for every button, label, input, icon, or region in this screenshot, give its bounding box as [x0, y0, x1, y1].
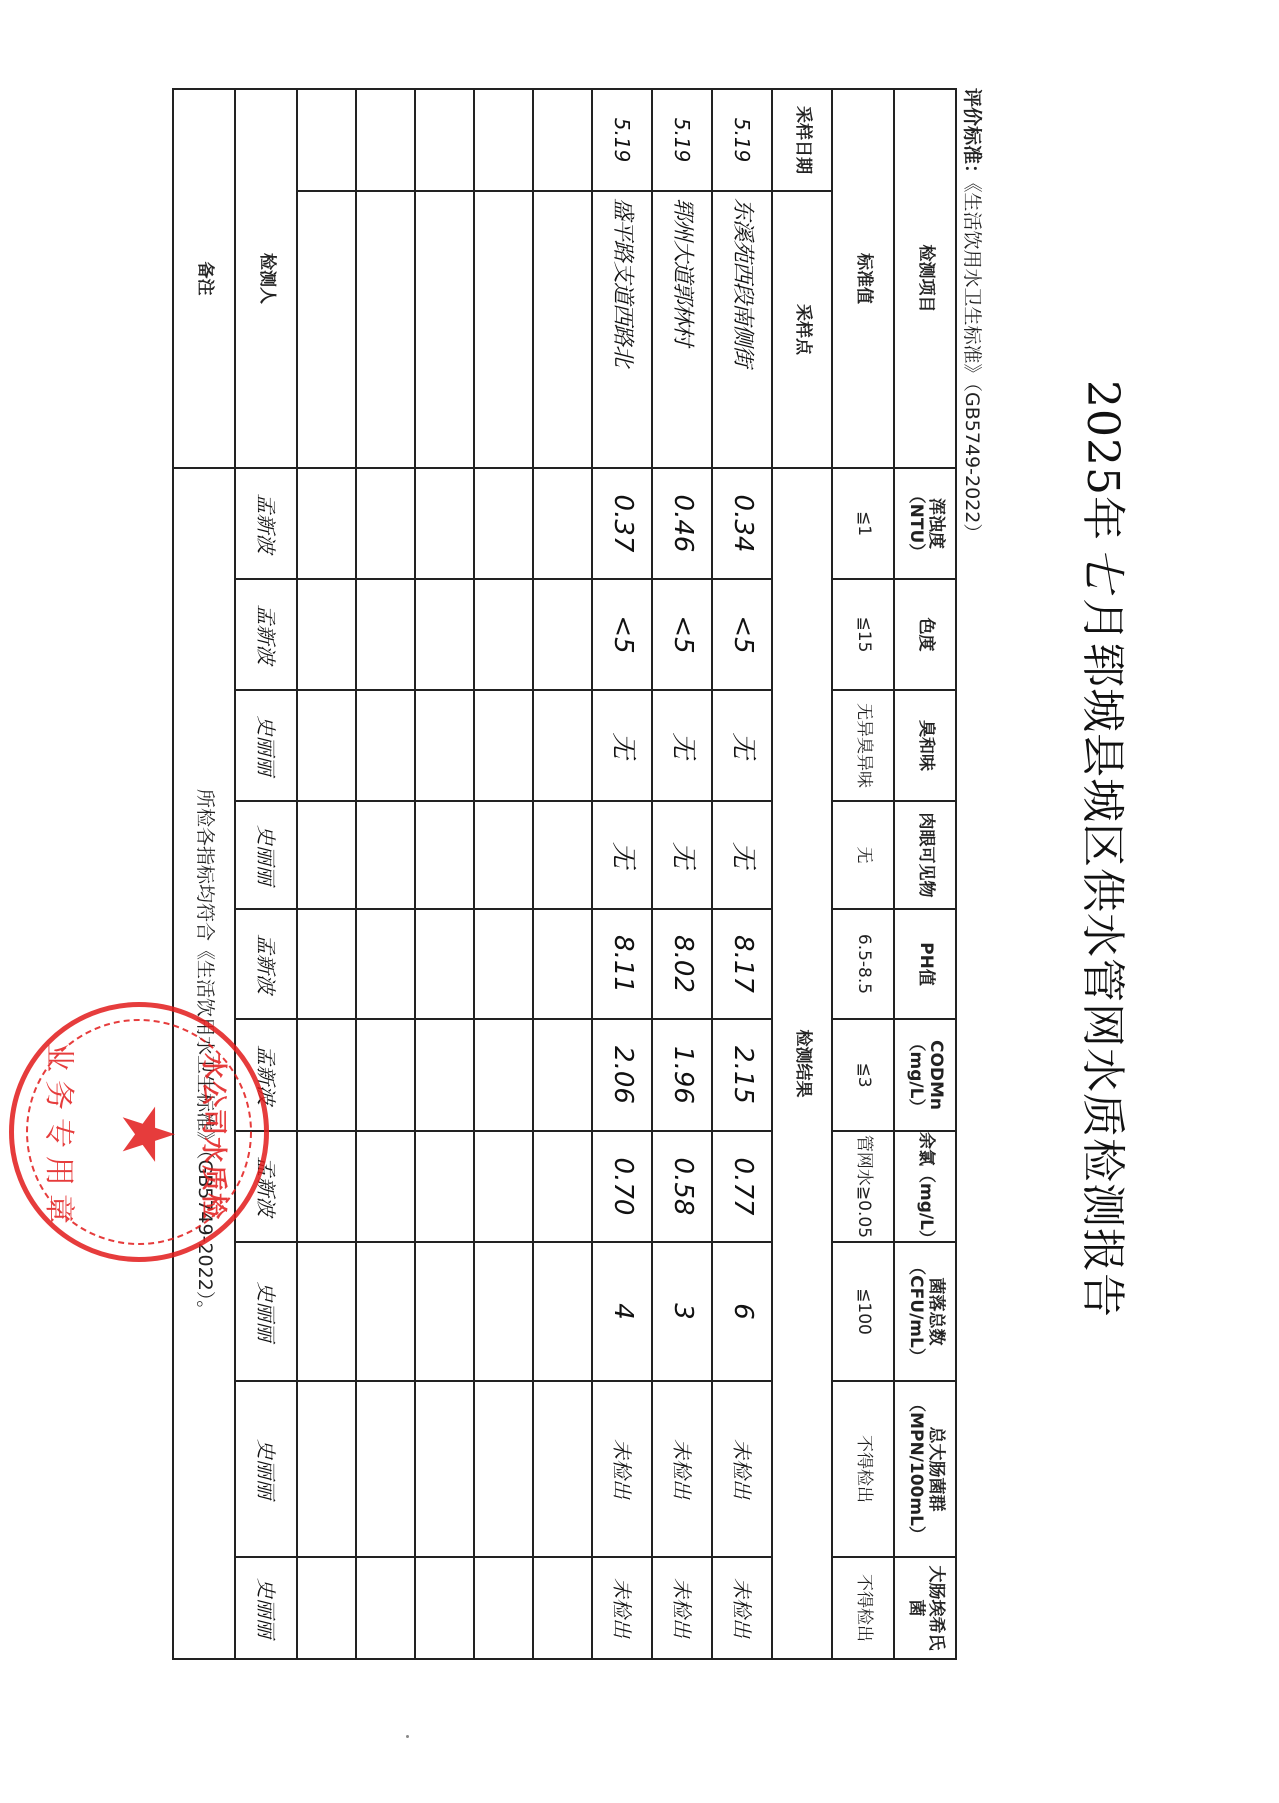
empty-cell [297, 468, 356, 579]
column-header: 浑浊度（NTU） [894, 468, 956, 579]
empty-cell [533, 801, 592, 909]
empty-cell [297, 579, 356, 690]
empty-cell [297, 1019, 356, 1131]
empty-cell [533, 1557, 592, 1659]
inspector-signature: 史丽丽 [235, 1381, 297, 1557]
empty-cell [533, 1019, 592, 1131]
header-point-label: 采样点 [772, 191, 832, 468]
header-item-label: 检测项目 [894, 89, 956, 468]
column-header: 臭和味 [894, 690, 956, 801]
empty-cell [533, 579, 592, 690]
sample-date-cell: 5.19 [712, 89, 772, 191]
header-row-sampling: 采样日期采样点检测结果 [772, 89, 832, 1659]
result-cell: 无 [652, 690, 712, 801]
report-page: 2025年七月郓城县城区供水管网水质检测报告 评价标准：《生活饮用水卫生标准》（… [0, 0, 1279, 1803]
standard-value-cell: ≦100 [832, 1242, 894, 1381]
standard-value-cell: 管网水≧0.05 [832, 1131, 894, 1242]
result-cell: 0.37 [592, 468, 652, 579]
inspector-signature: 孟新波 [235, 579, 297, 690]
empty-row [533, 89, 592, 1659]
empty-cell [415, 1242, 474, 1381]
empty-cell [297, 1557, 356, 1659]
remarks-row: 备注所检各指标均符合《生活饮用水卫生标准》（GB5749-2022）。 [173, 89, 235, 1659]
sample-date-cell: 5.19 [592, 89, 652, 191]
empty-cell [297, 801, 356, 909]
header-standard-label: 标准值 [832, 89, 894, 468]
result-cell: 4 [592, 1242, 652, 1381]
result-cell: 未检出 [592, 1381, 652, 1557]
remarks-label: 备注 [173, 89, 235, 468]
empty-cell [415, 1131, 474, 1242]
result-cell: 8.17 [712, 909, 772, 1019]
inspector-signature: 孟新波 [235, 468, 297, 579]
header-row-items: 检测项目浑浊度（NTU）色度臭和味肉眼可见物PH值CODMn（mg/L）余氯（m… [894, 89, 956, 1659]
standard-value-cell: 不得检出 [832, 1557, 894, 1659]
empty-row [356, 89, 415, 1659]
sample-point-cell: 盛平路支道西路北 [592, 191, 652, 468]
scan-speck [406, 1735, 409, 1738]
empty-cell [297, 1131, 356, 1242]
column-header: 余氯（mg/L） [894, 1131, 956, 1242]
empty-cell [533, 1242, 592, 1381]
empty-cell [474, 690, 533, 801]
empty-cell [415, 690, 474, 801]
inspector-signature: 孟新波 [235, 909, 297, 1019]
empty-cell [356, 89, 415, 191]
result-cell: 8.02 [652, 909, 712, 1019]
empty-cell [415, 909, 474, 1019]
header-results-label: 检测结果 [772, 468, 832, 1659]
result-cell: 0.58 [652, 1131, 712, 1242]
title-suffix: 月郓城县城区供水管网水质检测报告 [1077, 598, 1128, 1318]
column-header: 肉眼可见物 [894, 801, 956, 909]
empty-cell [474, 1131, 533, 1242]
empty-cell [297, 909, 356, 1019]
standard-value-cell: ≦1 [832, 468, 894, 579]
result-cell: 0.46 [652, 468, 712, 579]
result-cell: <5 [652, 579, 712, 690]
report-title: 2025年七月郓城县城区供水管网水质检测报告 [1075, 380, 1139, 1300]
column-header: PH值 [894, 909, 956, 1019]
evaluation-standard: 评价标准：《生活饮用水卫生标准》（GB5749-2022） [960, 88, 987, 542]
empty-cell [356, 909, 415, 1019]
header-date-label: 采样日期 [772, 89, 832, 191]
empty-cell [356, 579, 415, 690]
empty-row [415, 89, 474, 1659]
standard-value: 《生活饮用水卫生标准》（GB5749-2022） [961, 183, 983, 542]
column-header: 菌落总数（CFU/mL） [894, 1242, 956, 1381]
standard-value-cell: 不得检出 [832, 1381, 894, 1557]
result-cell: 未检出 [592, 1557, 652, 1659]
result-cell: 未检出 [652, 1381, 712, 1557]
empty-cell [533, 909, 592, 1019]
standard-value-cell: 6.5-8.5 [832, 909, 894, 1019]
empty-cell [356, 1557, 415, 1659]
empty-cell [533, 89, 592, 191]
empty-cell [356, 1019, 415, 1131]
empty-cell [474, 801, 533, 909]
standard-value-cell: ≦3 [832, 1019, 894, 1131]
column-header: 色度 [894, 579, 956, 690]
seal-bottom-text: 业务专用章 [40, 1017, 84, 1257]
empty-cell [474, 89, 533, 191]
empty-cell [356, 468, 415, 579]
result-cell: 0.34 [712, 468, 772, 579]
column-header: CODMn（mg/L） [894, 1019, 956, 1131]
result-cell: 无 [592, 801, 652, 909]
result-cell: 2.06 [592, 1019, 652, 1131]
inspector-signature: 史丽丽 [235, 690, 297, 801]
empty-cell [415, 579, 474, 690]
water-quality-table: 检测项目浑浊度（NTU）色度臭和味肉眼可见物PH值CODMn（mg/L）余氯（m… [172, 88, 957, 1660]
empty-cell [415, 468, 474, 579]
table-row: 5.19盛平路支道西路北0.37<5无无8.112.060.704未检出未检出 [592, 89, 652, 1659]
sample-point-cell: 郓州大道郭林村 [652, 191, 712, 468]
sample-date-cell: 5.19 [652, 89, 712, 191]
standard-label: 评价标准： [961, 88, 983, 183]
empty-row [474, 89, 533, 1659]
result-cell: 3 [652, 1242, 712, 1381]
result-cell: 无 [712, 690, 772, 801]
table-row: 5.19东溪苑西段南侧街0.34<5无无8.172.150.776未检出未检出 [712, 89, 772, 1659]
result-cell: 无 [652, 801, 712, 909]
empty-cell [474, 468, 533, 579]
result-cell: 6 [712, 1242, 772, 1381]
standard-value-cell: ≦15 [832, 579, 894, 690]
empty-cell [356, 690, 415, 801]
empty-cell [297, 690, 356, 801]
empty-cell [356, 1131, 415, 1242]
result-cell: 0.77 [712, 1131, 772, 1242]
empty-cell [474, 1242, 533, 1381]
empty-cell [356, 801, 415, 909]
empty-cell [533, 690, 592, 801]
header-row-standards: 标准值≦1≦15无异臭异味无6.5-8.5≦3管网水≧0.05≦100不得检出不… [832, 89, 894, 1659]
empty-cell [356, 1242, 415, 1381]
empty-cell [474, 1381, 533, 1557]
inspector-signature: 史丽丽 [235, 1557, 297, 1659]
standard-value-cell: 无 [832, 801, 894, 909]
empty-cell [533, 1381, 592, 1557]
empty-cell [356, 191, 415, 468]
result-cell: 无 [592, 690, 652, 801]
empty-cell [415, 801, 474, 909]
standard-value-cell: 无异臭异味 [832, 690, 894, 801]
empty-cell [474, 909, 533, 1019]
star-icon: ★ [112, 1102, 184, 1167]
title-month-handwritten: 七 [1075, 547, 1139, 592]
empty-cell [297, 191, 356, 468]
empty-cell [356, 1381, 415, 1557]
empty-cell [474, 1019, 533, 1131]
result-cell: 2.15 [712, 1019, 772, 1131]
result-cell: 未检出 [712, 1381, 772, 1557]
column-header: 大肠埃希氏菌 [894, 1557, 956, 1659]
result-cell: 未检出 [652, 1557, 712, 1659]
result-cell: 0.70 [592, 1131, 652, 1242]
inspector-row: 检测人孟新波孟新波史丽丽史丽丽孟新波孟新波孟新波史丽丽史丽丽史丽丽 [235, 89, 297, 1659]
empty-cell [415, 1557, 474, 1659]
title-year: 2025年 [1077, 380, 1128, 541]
column-header: 总大肠菌群（MPN/100mL） [894, 1381, 956, 1557]
result-cell: 未检出 [712, 1557, 772, 1659]
inspector-label: 检测人 [235, 89, 297, 468]
empty-cell [533, 1131, 592, 1242]
inspector-signature: 史丽丽 [235, 1242, 297, 1381]
result-cell: 无 [712, 801, 772, 909]
official-seal: 水公司水质检 ★ 业务专用章 [9, 1002, 269, 1262]
empty-cell [415, 89, 474, 191]
empty-cell [533, 468, 592, 579]
result-cell: <5 [592, 579, 652, 690]
empty-cell [415, 1381, 474, 1557]
empty-cell [474, 1557, 533, 1659]
result-cell: 8.11 [592, 909, 652, 1019]
sample-point-cell: 东溪苑西段南侧街 [712, 191, 772, 468]
empty-cell [474, 191, 533, 468]
table-row: 5.19郓州大道郭林村0.46<5无无8.021.960.583未检出未检出 [652, 89, 712, 1659]
inspector-signature: 史丽丽 [235, 801, 297, 909]
empty-cell [297, 1381, 356, 1557]
result-cell: 1.96 [652, 1019, 712, 1131]
empty-cell [415, 1019, 474, 1131]
result-cell: <5 [712, 579, 772, 690]
empty-cell [533, 191, 592, 468]
empty-cell [297, 89, 356, 191]
empty-cell [297, 1242, 356, 1381]
empty-cell [474, 579, 533, 690]
seal-top-text: 水公司水质检 [197, 1017, 234, 1257]
empty-cell [415, 191, 474, 468]
empty-row [297, 89, 356, 1659]
